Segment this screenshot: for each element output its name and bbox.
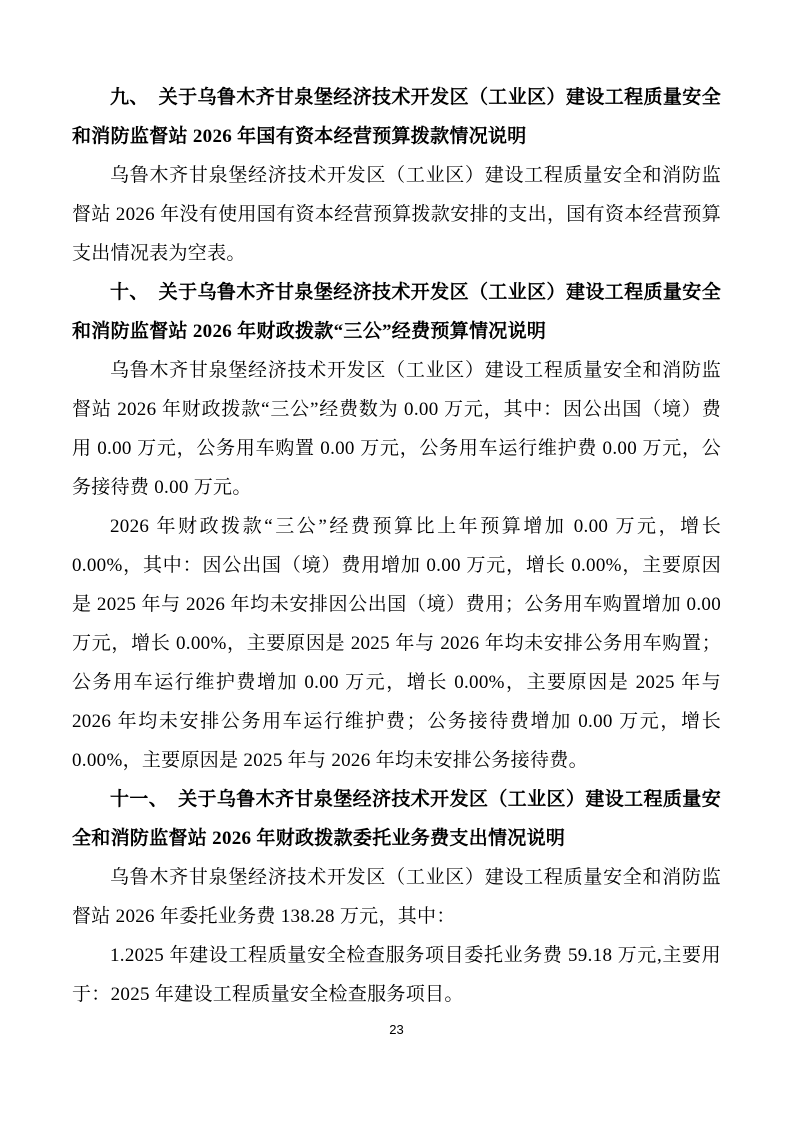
section-9-heading: 九、 关于乌鲁木齐甘泉堡经济技术开发区（工业区）建设工程质量安全和消防监督站 2… — [72, 78, 721, 156]
section-10-heading: 十、 关于乌鲁木齐甘泉堡经济技术开发区（工业区）建设工程质量安全和消防监督站 2… — [72, 273, 721, 351]
section-11-paragraph-1: 乌鲁木齐甘泉堡经济技术开发区（工业区）建设工程质量安全和消防监督站 2026 年… — [72, 858, 721, 936]
section-11-paragraph-2: 1.2025 年建设工程质量安全检查服务项目委托业务费 59.18 万元,主要用… — [72, 936, 721, 1014]
section-11-heading: 十一、 关于乌鲁木齐甘泉堡经济技术开发区（工业区）建设工程质量安全和消防监督站 … — [72, 780, 721, 858]
document-page: 九、 关于乌鲁木齐甘泉堡经济技术开发区（工业区）建设工程质量安全和消防监督站 2… — [0, 0, 793, 1122]
section-10-paragraph-2: 2026 年财政拨款“三公”经费预算比上年预算增加 0.00 万元，增长 0.0… — [72, 507, 721, 780]
page-number: 23 — [0, 1022, 793, 1037]
document-content: 九、 关于乌鲁木齐甘泉堡经济技术开发区（工业区）建设工程质量安全和消防监督站 2… — [72, 78, 721, 1014]
section-10-paragraph-1: 乌鲁木齐甘泉堡经济技术开发区（工业区）建设工程质量安全和消防监督站 2026 年… — [72, 351, 721, 507]
section-9-paragraph-1: 乌鲁木齐甘泉堡经济技术开发区（工业区）建设工程质量安全和消防监督站 2026 年… — [72, 156, 721, 273]
